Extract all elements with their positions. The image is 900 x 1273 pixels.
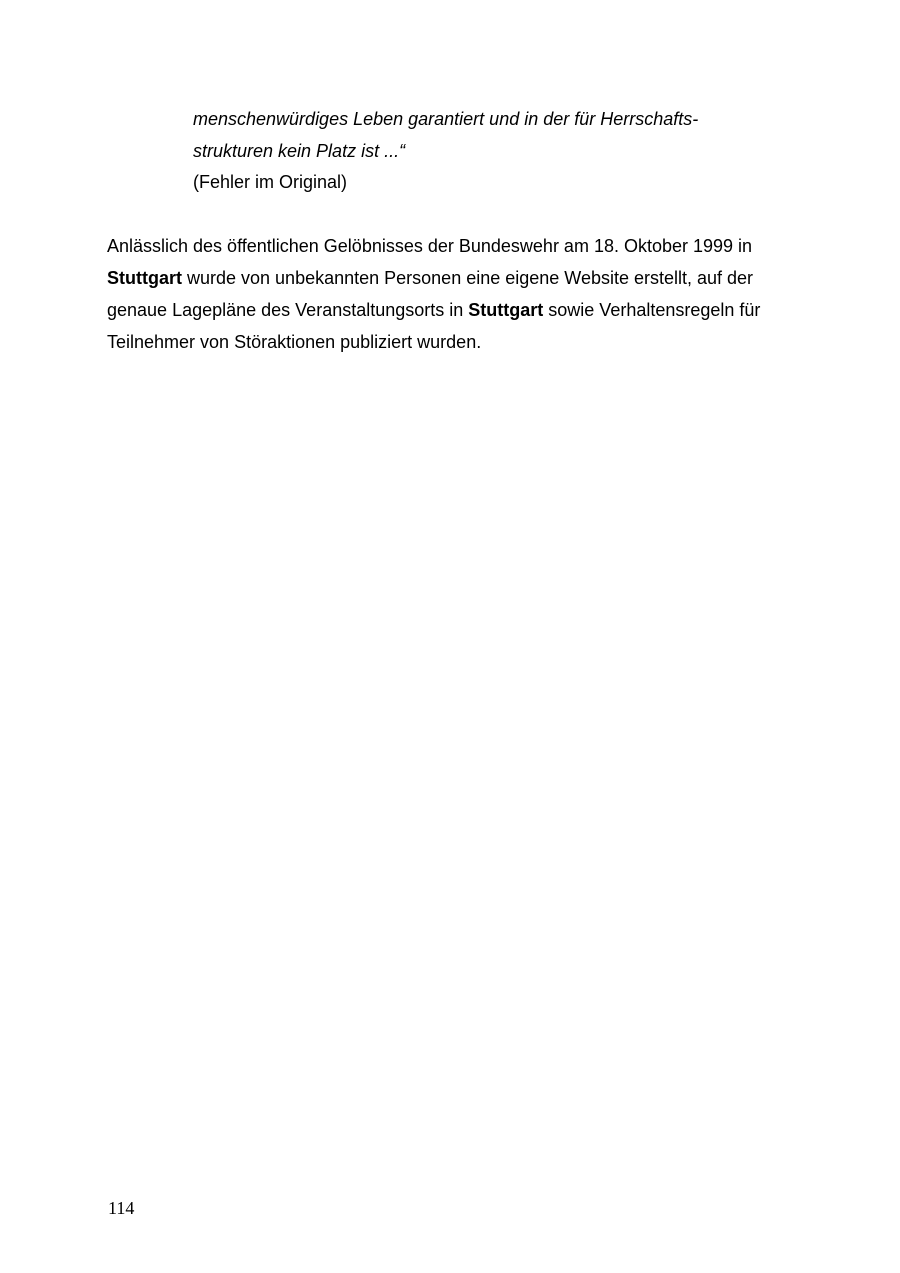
paragraph-text: sowie Verhaltensregeln für (543, 300, 760, 320)
paragraph-text: Anlässlich des öffentlichen Gelöbnisses … (107, 236, 752, 256)
quote-line: strukturen kein Platz ist ...“ (193, 136, 753, 168)
paragraph-line: Stuttgart wurde von unbekannten Personen… (107, 262, 797, 294)
paragraph-line: Anlässlich des öffentlichen Gelöbnisses … (107, 230, 797, 262)
page-number: 114 (108, 1197, 134, 1219)
bold-term: Stuttgart (468, 300, 543, 320)
paragraph-line: genaue Lagepläne des Veranstaltungsorts … (107, 294, 797, 326)
paragraph-text: wurde von unbekannten Personen eine eige… (182, 268, 753, 288)
body-paragraph: Anlässlich des öffentlichen Gelöbnisses … (107, 230, 797, 358)
document-page: menschenwürdiges Leben garantiert und in… (0, 0, 900, 1273)
bold-term: Stuttgart (107, 268, 182, 288)
block-quote: menschenwürdiges Leben garantiert und in… (193, 104, 753, 199)
paragraph-line: Teilnehmer von Störaktionen publiziert w… (107, 326, 797, 358)
paragraph-text: genaue Lagepläne des Veranstaltungsorts … (107, 300, 468, 320)
quote-line: menschenwürdiges Leben garantiert und in… (193, 104, 753, 136)
paragraph-text: Teilnehmer von Störaktionen publiziert w… (107, 332, 481, 352)
quote-note: (Fehler im Original) (193, 167, 753, 199)
